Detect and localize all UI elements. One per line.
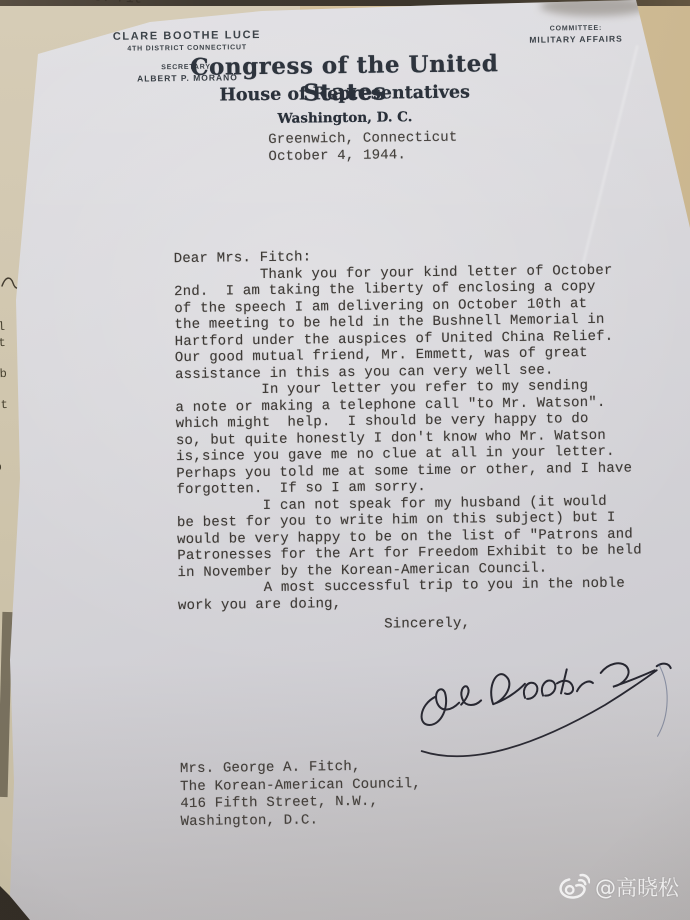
date-block: Greenwich, Connecticut October 4, 1944. [268,130,458,166]
paragraph-1: Thank you for your kind letter of Octobe… [174,262,665,383]
photo-of-letter: Mrs. Fit r l u t ar l b he lit sh in n c… [0,0,690,920]
signature: Clare Boothe Luce [404,632,686,770]
committee-name: MILITARY AFFAIRS [496,33,656,45]
org-city: Washington, D. C. [145,108,545,129]
paragraph-3: I can not speak for my husband (it would… [177,493,668,581]
date-line: October 4, 1944. [268,147,457,166]
member-district: 4TH DISTRICT CONNECTICUT [87,44,287,53]
watermark: @高晓松 [556,872,679,902]
watermark-handle: @高晓松 [595,872,679,902]
weibo-eye-icon [556,872,590,902]
letter-sheet: CLARE BOOTHE LUCE 4TH DISTRICT CONNECTIC… [0,0,690,920]
letter-content: CLARE BOOTHE LUCE 4TH DISTRICT CONNECTIC… [0,0,690,920]
paragraph-4: A most successful trip to you in the nob… [178,575,668,614]
place-line: Greenwich, Connecticut [268,130,457,149]
paragraph-2: In your letter you refer to my sending a… [175,377,666,498]
committee-label: COMMITTEE: [496,24,656,33]
letterhead-committee-block: COMMITTEE: MILITARY AFFAIRS [496,24,656,45]
letter-body: Dear Mrs. Fitch: Thank you for your kind… [174,245,669,635]
recipient-block: Mrs. George A. Fitch, The Korean-America… [180,758,422,831]
